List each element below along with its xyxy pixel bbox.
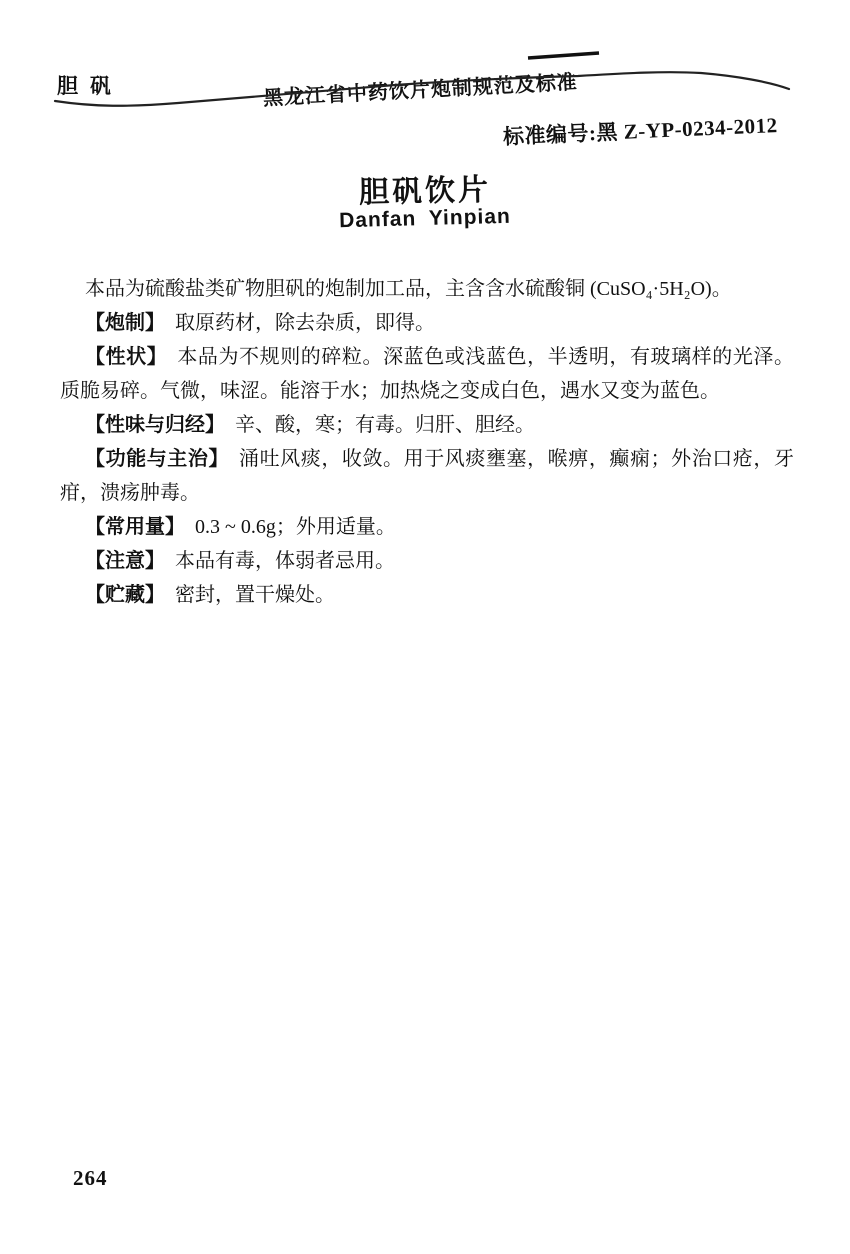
header-entry-word: 胆 矾 bbox=[57, 70, 114, 100]
section-gongneng-zhuzhi: 【功能与主治】涌吐风痰，收敛。用于风痰壅塞，喉痹，癫痫；外治口疮，牙疳，溃疡肿毒… bbox=[60, 442, 794, 510]
section-text: 辛、酸，寒；有毒。归肝、胆经。 bbox=[235, 414, 535, 436]
section-text: 取原药材，除去杂质，即得。 bbox=[175, 312, 435, 334]
scanned-document-page: 胆 矾 黑龙江省中药饮片炮制规范及标准 标准编号:黑 Z-YP-0234-201… bbox=[0, 0, 850, 1254]
standard-number: 标准编号:黑 Z-YP-0234-2012 bbox=[502, 109, 778, 151]
scan-mark-bar bbox=[528, 53, 599, 58]
intro-paragraph: 本品为硫酸盐类矿物胆矾的炮制加工品，主含含水硫酸铜 (CuSO₄·5H₂O)。 bbox=[60, 272, 794, 306]
section-xingzhuang: 【性状】本品为不规则的碎粒。深蓝色或浅蓝色，半透明，有玻璃样的光泽。质脆易碎。气… bbox=[60, 340, 794, 408]
section-label: 【功能与主治】 bbox=[85, 448, 229, 470]
section-changyongliang: 【常用量】0.3 ~ 0.6g；外用适量。 bbox=[60, 510, 794, 544]
section-text: 密封，置干燥处。 bbox=[175, 584, 335, 606]
section-text: 本品为不规则的碎粒。深蓝色或浅蓝色，半透明，有玻璃样的光泽。质脆易碎。气微，味涩… bbox=[60, 346, 794, 402]
section-label: 【贮藏】 bbox=[85, 584, 165, 606]
section-text: 本品为硫酸盐类矿物胆矾的炮制加工品，主含含水硫酸铜 (CuSO₄·5H₂O)。 bbox=[85, 278, 732, 300]
section-label: 【炮制】 bbox=[85, 312, 165, 334]
section-zhucang: 【贮藏】密封，置干燥处。 bbox=[60, 578, 794, 612]
document-body: 本品为硫酸盐类矿物胆矾的炮制加工品，主含含水硫酸铜 (CuSO₄·5H₂O)。 … bbox=[60, 272, 794, 612]
section-label: 【性状】 bbox=[85, 346, 167, 368]
section-label: 【性味与归经】 bbox=[85, 414, 225, 436]
section-text: 0.3 ~ 0.6g；外用适量。 bbox=[195, 516, 396, 538]
section-zhuyi: 【注意】本品有毒，体弱者忌用。 bbox=[60, 544, 794, 578]
section-paozhi: 【炮制】取原药材，除去杂质，即得。 bbox=[60, 306, 794, 340]
section-label: 【常用量】 bbox=[85, 516, 185, 538]
header-running-title: 黑龙江省中药饮片炮制规范及标准 bbox=[262, 66, 578, 111]
page-number: 264 bbox=[73, 1166, 108, 1191]
section-label: 【注意】 bbox=[85, 550, 165, 572]
section-text: 本品有毒，体弱者忌用。 bbox=[175, 550, 395, 572]
section-xingwei-guijing: 【性味与归经】辛、酸，寒；有毒。归肝、胆经。 bbox=[60, 408, 794, 442]
